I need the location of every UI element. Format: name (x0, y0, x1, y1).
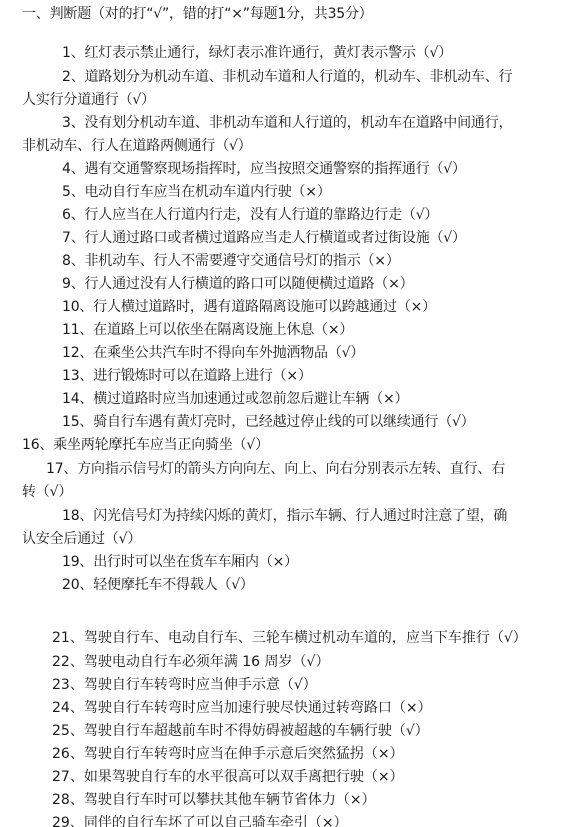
question-9: 9、行人通过没有人行横道的路口可以随便横过道路（×） (62, 274, 413, 294)
question-24: 24、驾驶自行车转弯时应当加速行驶尽快通过转弯路口（×） (52, 698, 432, 718)
question-3-cont: 非机动车、行人在道路两侧通行（√） (22, 136, 252, 156)
question-20: 20、轻便摩托车不得载人（√） (62, 575, 254, 595)
question-18: 18、闪光信号灯为持续闪烁的黄灯，指示车辆、行人通过时注意了望，确 (62, 506, 507, 526)
question-17-cont: 转（√） (22, 482, 72, 502)
question-21: 21、驾驶自行车、电动自行车、三轮车横过机动车道的，应当下车推行（√） (52, 628, 527, 648)
question-15: 15、骑自行车遇有黄灯亮时，已经越过停止线的可以继续通行（√） (62, 412, 475, 432)
question-2-cont: 人实行分道通行（√） (22, 90, 155, 110)
section-title: 一、判断题（对的打“√”，错的打“×”每题1分，共35分） (22, 4, 373, 24)
question-28: 28、驾驶自行车时可以攀扶其他车辆节省体力（×） (52, 790, 376, 810)
question-12: 12、在乘坐公共汽车时不得向车外抛洒物品（√） (62, 343, 364, 363)
question-10: 10、行人横过道路时，遇有道路隔离设施可以跨越通过（×） (62, 297, 436, 317)
question-7: 7、行人通过路口或者横过道路应当走人行横道或者过街设施（√） (62, 228, 466, 248)
question-18-cont: 认安全后通过（√） (22, 529, 141, 549)
question-23: 23、驾驶自行车转弯时应当伸手示意（√） (52, 675, 317, 695)
question-13: 13、进行锻炼时可以在道路上进行（×） (62, 366, 312, 386)
question-22: 22、驾驶电动自行车必须年满 16 周岁（√） (52, 652, 329, 672)
question-17: 17、方向指示信号灯的箭头方向向左、向上、向右分别表示左转、直行、右 (46, 459, 505, 479)
question-19: 19、出行时可以坐在货车车厢内（×） (62, 552, 298, 572)
question-26: 26、驾驶自行车转弯时应当在伸手示意后突然猛拐（×） (52, 744, 404, 764)
question-1: 1、红灯表示禁止通行，绿灯表示准许通行，黄灯表示警示（√） (62, 43, 452, 63)
question-27: 27、如果驾驶自行车的水平很高可以双手离把行驶（×） (52, 767, 404, 787)
question-5: 5、电动自行车应当在机动车道内行驶（×） (62, 182, 331, 202)
question-2: 2、道路划分为机动车道、非机动车道和人行道的，机动车、非机动车、行 (62, 67, 512, 87)
question-3: 3、没有划分机动车道、非机动车道和人行道的，机动车在道路中间通行， (62, 113, 512, 133)
question-11: 11、在道路上可以依坐在隔离设施上休息（×） (62, 320, 353, 340)
question-6: 6、行人应当在人行道内行走，没有人行道的靠路边行走（√） (62, 205, 438, 225)
question-14: 14、横过道路时应当加速通过或忽前忽后避让车辆（×） (62, 389, 408, 409)
question-8: 8、非机动车、行人不需要遵守交通信号灯的指示（×） (62, 251, 400, 271)
question-4: 4、遇有交通警察现场指挥时，应当按照交通警察的指挥通行（√） (62, 159, 466, 179)
question-25: 25、驾驶自行车超越前车时不得妨碍被超越的车辆行驶（√） (52, 721, 429, 741)
question-29: 29、同伴的自行车坏了可以自己骑车牵引（×） (52, 813, 348, 827)
question-16: 16、乘坐两轮摩托车应当正向骑坐（√） (22, 435, 269, 455)
